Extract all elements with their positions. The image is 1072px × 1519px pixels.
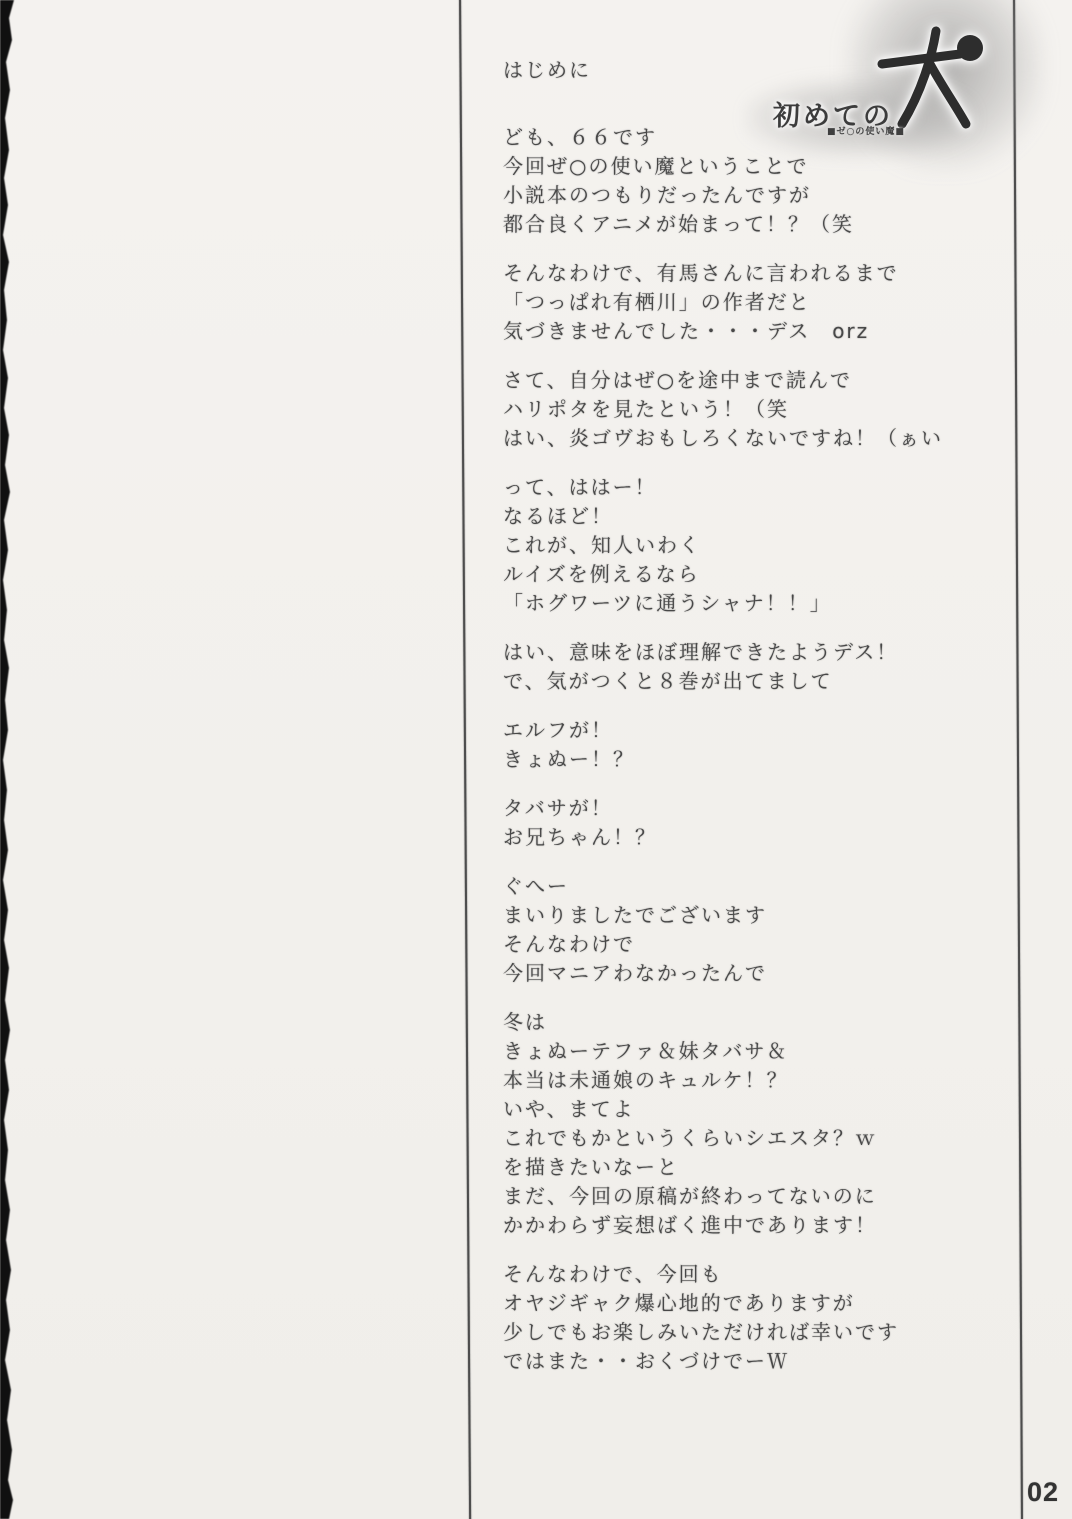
afterword-text-column: はじめに ども、６６です今回ぜ○の使い魔ということで小説本のつもりだったんですが… bbox=[503, 56, 993, 1396]
paragraphs: ども、６６です今回ぜ○の使い魔ということで小説本のつもりだったんですが都合良くア… bbox=[503, 123, 993, 1376]
text-line: 今回ぜ○の使い魔ということで bbox=[503, 152, 993, 181]
text-line: オヤジギャク爆心地的でありますが bbox=[503, 1289, 993, 1318]
paragraph: そんなわけで、今回もオヤジギャク爆心地的でありますが少しでもお楽しみいただければ… bbox=[503, 1260, 993, 1376]
text-line: 本当は未通娘のキュルケ！？ bbox=[503, 1066, 993, 1095]
text-line: いや、まてよ bbox=[503, 1095, 993, 1124]
text-line: なるほど！ bbox=[503, 502, 993, 531]
text-line: そんなわけで bbox=[503, 930, 993, 959]
text-line: ども、６６です bbox=[503, 123, 993, 152]
paragraph: ども、６６です今回ぜ○の使い魔ということで小説本のつもりだったんですが都合良くア… bbox=[503, 123, 993, 239]
page-heading: はじめに bbox=[503, 56, 993, 85]
text-line: きょぬー！？ bbox=[503, 745, 993, 774]
text-line: を描きたいなーと bbox=[503, 1153, 993, 1182]
frame-line-left bbox=[459, 0, 471, 1519]
text-line: 気づきませんでした・・・デス orz bbox=[503, 317, 993, 346]
text-line: まいりましたでございます bbox=[503, 901, 993, 930]
text-line: きょぬーテファ＆妹タバサ＆ bbox=[503, 1037, 993, 1066]
text-line: って、ははー！ bbox=[503, 473, 993, 502]
text-line: そんなわけで、今回も bbox=[503, 1260, 993, 1289]
text-line: 今回マニアわなかったんで bbox=[503, 959, 993, 988]
paragraph: 冬はきょぬーテファ＆妹タバサ＆本当は未通娘のキュルケ！？いや、まてよこれでもかと… bbox=[503, 1008, 993, 1240]
text-line: 「ホグワーツに通うシャナ！！」 bbox=[503, 589, 993, 618]
text-line: まだ、今回の原稿が終わってないのに bbox=[503, 1182, 993, 1211]
text-line: さて、自分はぜ○を途中まで読んで bbox=[503, 366, 993, 395]
text-line: タバサが！ bbox=[503, 794, 993, 823]
text-line: 少しでもお楽しみいただければ幸いです bbox=[503, 1318, 993, 1347]
text-line: 小説本のつもりだったんですが bbox=[503, 181, 993, 210]
text-line: はい、炎ゴヴおもしろくないですね！（ぁい bbox=[503, 424, 993, 453]
page-number: 02 bbox=[1027, 1477, 1059, 1508]
frame-line-right bbox=[1013, 0, 1023, 1519]
text-line: かかわらず妄想ばく進中であります！ bbox=[503, 1211, 993, 1240]
text-line: で、気がつくと８巻が出てまして bbox=[503, 667, 993, 696]
paragraph: ぐへーまいりましたでございますそんなわけで今回マニアわなかったんで bbox=[503, 872, 993, 988]
text-line: これが、知人いわく bbox=[503, 531, 993, 560]
text-line: エルフが！ bbox=[503, 716, 993, 745]
scan-torn-edge bbox=[0, 0, 16, 1519]
text-line: ルイズを例えるなら bbox=[503, 560, 993, 589]
text-line: 都合良くアニメが始まって！？（笑 bbox=[503, 210, 993, 239]
paragraph: さて、自分はぜ○を途中まで読んでハリポタを見たという！（笑はい、炎ゴヴおもしろく… bbox=[503, 366, 993, 453]
text-line: はい、意味をほぼ理解できたようデス！ bbox=[503, 638, 993, 667]
text-line: ハリポタを見たという！（笑 bbox=[503, 395, 993, 424]
text-line: そんなわけで、有馬さんに言われるまで bbox=[503, 259, 993, 288]
paragraph: はい、意味をほぼ理解できたようデス！で、気がつくと８巻が出てまして bbox=[503, 638, 993, 696]
text-line: 冬は bbox=[503, 1008, 993, 1037]
text-line: ではまた・・おくづけでーＷ bbox=[503, 1347, 993, 1376]
paragraph: そんなわけで、有馬さんに言われるまで「つっぱれ有栖川」の作者だと気づきませんでし… bbox=[503, 259, 993, 346]
scanned-doujinshi-page: { "page": { "number": "02", "paper_color… bbox=[0, 0, 1072, 1519]
paragraph: エルフが！きょぬー！？ bbox=[503, 716, 993, 774]
text-line: これでもかというくらいシエスタ？ｗ bbox=[503, 1124, 993, 1153]
text-line: 「つっぱれ有栖川」の作者だと bbox=[503, 288, 993, 317]
text-line: お兄ちゃん！？ bbox=[503, 823, 993, 852]
text-line: ぐへー bbox=[503, 872, 993, 901]
paragraph: タバサが！お兄ちゃん！？ bbox=[503, 794, 993, 852]
paragraph: って、ははー！なるほど！これが、知人いわくルイズを例えるなら「ホグワーツに通うシ… bbox=[503, 473, 993, 618]
